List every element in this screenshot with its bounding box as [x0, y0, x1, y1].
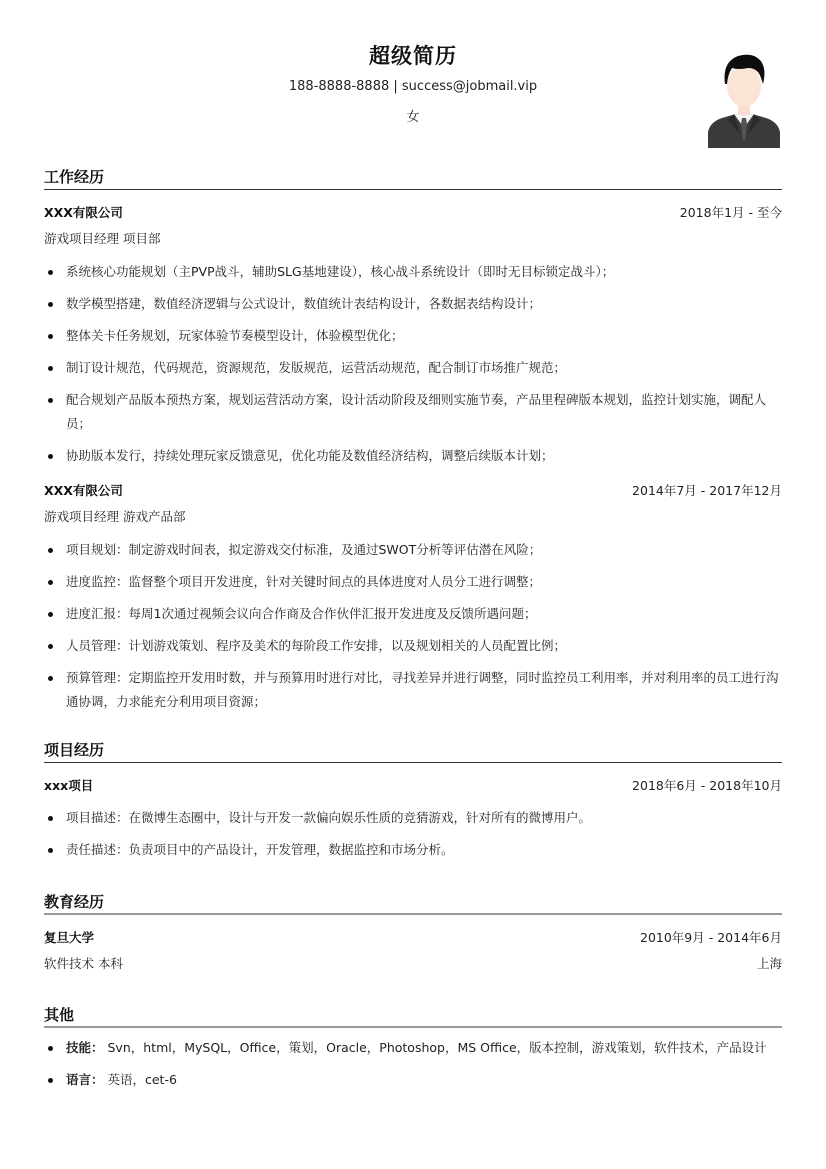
resume-header: 超级简历 188-8888-8888 | success@jobmail.vip… — [44, 0, 782, 150]
work-entry: XXX有限公司 2018年1月 - 至今 游戏项目经理 项目部 系统核心功能规划… — [44, 198, 782, 468]
list-item: 项目规划：制定游戏时间表，拟定游戏交付标准，及通过SWOT分析等评估潜在风险； — [44, 538, 782, 562]
education-section: 教育经历 复旦大学 2010年9月 - 2014年6月 软件技术 本科 上海 — [44, 889, 782, 977]
date-range: 2018年1月 - 至今 — [680, 203, 782, 221]
list-item: 数学模型搭建，数值经济逻辑与公式设计，数值统计表结构设计，各数据表结构设计； — [44, 292, 782, 316]
location: 上海 — [757, 950, 782, 977]
job-role: 游戏项目经理 游戏产品部 — [44, 503, 185, 530]
project-detail-list: 项目描述：在微博生态圈中，设计与开发一款偏向娱乐性质的竞猜游戏，针对所有的微博用… — [44, 806, 782, 862]
section-title-education: 教育经历 — [44, 889, 782, 915]
company-name: XXX有限公司 — [44, 203, 123, 221]
skills-label: 技能： — [66, 1040, 104, 1055]
person-avatar-icon — [704, 48, 784, 148]
date-range: 2010年9月 - 2014年6月 — [640, 928, 782, 946]
education-entry: 复旦大学 2010年9月 - 2014年6月 软件技术 本科 上海 — [44, 923, 782, 977]
list-item: 系统核心功能规划（主PVP战斗，辅助SLG基地建设），核心战斗系统设计（即时无目… — [44, 260, 782, 284]
list-item: 预算管理：定期监控开发用时数，并与预算用时进行对比，寻找差异并进行调整，同时监控… — [44, 666, 782, 714]
work-entry: XXX有限公司 2014年7月 - 2017年12月 游戏项目经理 游戏产品部 … — [44, 476, 782, 714]
section-title-other: 其他 — [44, 1002, 782, 1028]
list-item: 人员管理：计划游戏策划、程序及美术的每阶段工作安排，以及规划相关的人员配置比例； — [44, 634, 782, 658]
skills-item: 技能： Svn，html，MySQL，Office，策划，Oracle，Phot… — [44, 1036, 782, 1060]
other-list: 技能： Svn，html，MySQL，Office，策划，Oracle，Phot… — [44, 1036, 782, 1092]
email-address: success@jobmail.vip — [402, 79, 537, 94]
candidate-name: 超级简历 — [44, 40, 782, 70]
list-item: 配合规划产品版本预热方案，规划运营活动方案，设计活动阶段及细则实施节奏，产品里程… — [44, 388, 782, 436]
list-item: 制订设计规范，代码规范，资源规范，发版规范，运营活动规范，配合制订市场推广规范； — [44, 356, 782, 380]
date-range: 2018年6月 - 2018年10月 — [632, 776, 782, 794]
project-entry: xxx项目 2018年6月 - 2018年10月 项目描述：在微博生态圈中，设计… — [44, 771, 782, 862]
school-name: 复旦大学 — [44, 928, 94, 946]
language-item: 语言： 英语，cet-6 — [44, 1068, 782, 1092]
list-item: 进度汇报：每周1次通过视频会议向合作商及合作伙伴汇报开发进度及反馈所遇问题； — [44, 602, 782, 626]
language-label: 语言： — [66, 1072, 104, 1087]
list-item: 项目描述：在微博生态圈中，设计与开发一款偏向娱乐性质的竞猜游戏，针对所有的微博用… — [44, 806, 782, 830]
work-experience-section: 工作经历 XXX有限公司 2018年1月 - 至今 游戏项目经理 项目部 系统核… — [44, 164, 782, 714]
project-name: xxx项目 — [44, 776, 93, 794]
other-section: 其他 技能： Svn，html，MySQL，Office，策划，Oracle，P… — [44, 1002, 782, 1092]
date-range: 2014年7月 - 2017年12月 — [632, 481, 782, 499]
list-item: 进度监控：监督整个项目开发进度，针对关键时间点的具体进度对人员分工进行调整； — [44, 570, 782, 594]
responsibility-list: 系统核心功能规划（主PVP战斗，辅助SLG基地建设），核心战斗系统设计（即时无目… — [44, 260, 782, 468]
resume-page: 超级简历 188-8888-8888 | success@jobmail.vip… — [0, 0, 826, 1169]
gender: 女 — [44, 106, 782, 125]
section-title-projects: 项目经历 — [44, 737, 782, 763]
skills-value: Svn，html，MySQL，Office，策划，Oracle，Photosho… — [104, 1040, 767, 1055]
list-item: 整体关卡任务规划，玩家体验节奏模型设计，体验模型优化； — [44, 324, 782, 348]
phone-number: 188-8888-8888 — [289, 79, 389, 94]
job-role: 游戏项目经理 项目部 — [44, 225, 160, 252]
major-degree: 软件技术 本科 — [44, 950, 123, 977]
section-title-work: 工作经历 — [44, 164, 782, 190]
list-item: 责任描述：负责项目中的产品设计，开发管理，数据监控和市场分析。 — [44, 838, 782, 862]
language-value: 英语，cet-6 — [104, 1072, 177, 1087]
contact-separator: | — [389, 79, 402, 94]
project-experience-section: 项目经历 xxx项目 2018年6月 - 2018年10月 项目描述：在微博生态… — [44, 737, 782, 862]
list-item: 协助版本发行，持续处理玩家反馈意见，优化功能及数值经济结构，调整后续版本计划； — [44, 444, 782, 468]
company-name: XXX有限公司 — [44, 481, 123, 499]
responsibility-list: 项目规划：制定游戏时间表，拟定游戏交付标准，及通过SWOT分析等评估潜在风险； … — [44, 538, 782, 714]
contact-line: 188-8888-8888 | success@jobmail.vip — [44, 79, 782, 94]
